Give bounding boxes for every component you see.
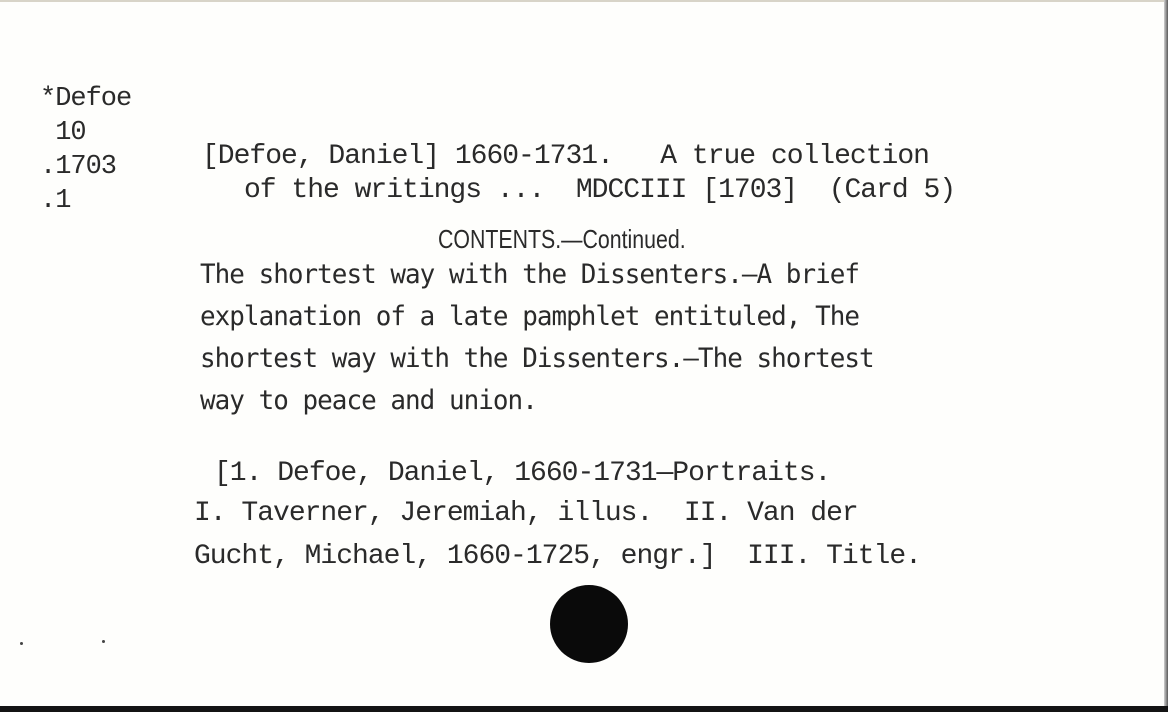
card-edge-shadow bbox=[1164, 0, 1168, 712]
tracing-line: I. Taverner, Jeremiah, illus. II. Van de… bbox=[194, 497, 858, 531]
tracing-line: Gucht, Michael, 1660-1725, engr.] III. T… bbox=[194, 540, 921, 574]
punch-hole bbox=[550, 585, 628, 663]
heading-line-2: of the writings ... MDCCIII [1703] (Card… bbox=[244, 174, 955, 208]
ink-speck bbox=[102, 640, 105, 643]
tracing-line: [1. Defoe, Daniel, 1660-1731—Portraits. bbox=[214, 457, 830, 491]
call-number-line: .1 bbox=[40, 184, 131, 218]
card-edge-shadow bbox=[0, 706, 1168, 712]
call-number-line: .1703 bbox=[40, 150, 131, 184]
catalog-card: *Defoe 10 .1703 .1 [Defoe, Daniel] 1660-… bbox=[0, 0, 1166, 706]
contents-line: way to peace and union. bbox=[200, 384, 537, 418]
call-number: *Defoe 10 .1703 .1 bbox=[40, 82, 131, 218]
ink-speck bbox=[20, 642, 23, 645]
contents-line: shortest way with the Dissenters.—The sh… bbox=[200, 342, 874, 376]
contents-line: explanation of a late pamphlet entituled… bbox=[200, 300, 859, 334]
contents-heading: CONTENTS.—Continued. bbox=[438, 222, 686, 256]
call-number-line: 10 bbox=[40, 116, 131, 150]
contents-line: The shortest way with the Dissenters.—A … bbox=[200, 258, 859, 292]
call-number-line: *Defoe bbox=[40, 82, 131, 116]
heading-line-1: [Defoe, Daniel] 1660-1731. A true collec… bbox=[202, 140, 929, 174]
